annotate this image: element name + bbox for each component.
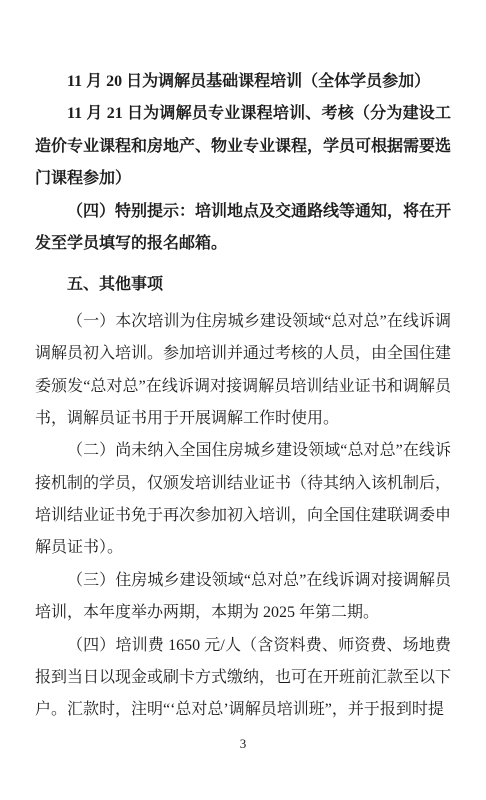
item-3-line-2: 培训，本年度举办两期，本期为 2025 年第二期。 (35, 597, 451, 629)
schedule-line-nov20: 11 月 20 日为调解员基础课程培训（全体学员参加） (35, 66, 451, 98)
section-heading-other-matters: 五、其他事项 (35, 269, 451, 301)
schedule-line-nov21: 11 月 21 日为调解员专业课程培训、考核（分为建设工程、 (35, 98, 451, 130)
item-4-line-2: 报到当日以现金或刷卡方式缴纳，也可在开班前汇款至以下账 (35, 662, 451, 694)
item-1-line-3: 委颁发“总对总”在线诉调对接调解员培训结业证书和调解员证 (35, 371, 451, 403)
document-page: 11 月 20 日为调解员基础课程培训（全体学员参加） 11 月 21 日为调解… (0, 0, 486, 800)
item-1-line-1: （一）本次培训为住房城乡建设领域“总对总”在线诉调对接 (35, 306, 451, 338)
page-number: 3 (0, 735, 486, 753)
item-4-line-3: 户。汇款时，注明“‘总对总’调解员培训班”，并于报到时提供汇 (35, 694, 451, 726)
document-body: 11 月 20 日为调解员基础课程培训（全体学员参加） 11 月 21 日为调解… (0, 0, 486, 727)
item-1-line-4: 书，调解员证书用于开展调解工作时使用。 (35, 403, 451, 435)
item-2-line-2: 接机制的学员，仅颁发培训结业证书（待其纳入该机制后，可凭 (35, 468, 451, 500)
item-2-line-3: 培训结业证书免于再次参加初入培训，向全国住建联调委申领调 (35, 500, 451, 532)
item-1-line-2: 调解员初入培训。参加培训并通过考核的人员，由全国住建联调 (35, 338, 451, 370)
special-note-line-2: 发至学员填写的报名邮箱。 (35, 228, 451, 260)
schedule-line-end: 门课程参加） (35, 163, 451, 195)
special-note-line-1: （四）特别提示：培训地点及交通路线等通知，将在开班前 (35, 196, 451, 228)
item-3-line-1: （三）住房城乡建设领域“总对总”在线诉调对接调解员初入 (35, 565, 451, 597)
schedule-line-courses: 造价专业课程和房地产、物业专业课程，学员可根据需要选择一 (35, 131, 451, 163)
item-2-line-4: 解员证书）。 (35, 532, 451, 564)
item-2-line-1: （二）尚未纳入全国住房城乡建设领域“总对总”在线诉调对 (35, 435, 451, 467)
item-4-line-1: （四）培训费 1650 元/人（含资料费、师资费、场地费等）， (35, 630, 451, 662)
